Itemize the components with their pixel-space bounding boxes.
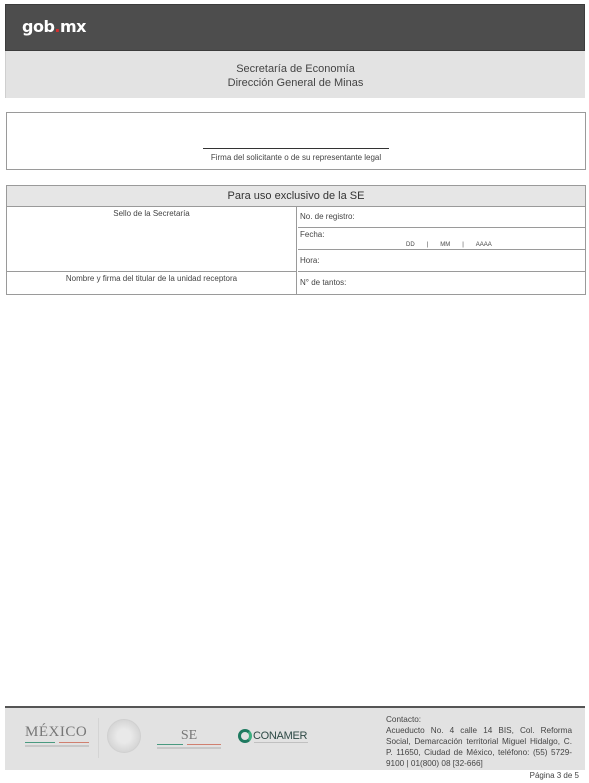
se-right-column: No. de registro: Fecha: DD|MM|AAAA Hora:… [298,207,585,294]
date-month: MM [440,242,450,248]
date-format: DD|MM|AAAA [400,242,501,250]
se-use-table: Para uso exclusivo de la SE Sello de la … [6,185,586,295]
gobmx-logo[interactable]: gob.mx [22,17,86,36]
signature-box: Firma del solicitante o de su representa… [6,112,586,170]
contact-title: Contacto: [386,714,572,725]
document-header: Secretaría de Economía Dirección General… [5,51,585,98]
registry-label: No. de registro: [300,212,355,221]
contact-address: Acueducto No. 4 calle 14 BIS, Col. Refor… [386,725,572,769]
contact-info: Contacto: Acueducto No. 4 calle 14 BIS, … [386,714,572,769]
date-day: DD [406,242,415,248]
copies-label: N° de tantos: [300,278,346,287]
time-cell: Hora: [298,250,585,272]
signature-line [203,148,389,149]
department-name: Dirección General de Minas [6,76,585,90]
top-bar: gob.mx [5,4,585,51]
conamer-icon [238,729,252,743]
signature-label: Firma del solicitante o de su representa… [7,153,585,162]
logo-suffix: mx [60,17,86,36]
date-sep-1: | [427,242,429,248]
time-label: Hora: [300,256,320,265]
conamer-logo: CONAMER [253,730,307,742]
se-table-title: Para uso exclusivo de la SE [7,186,585,207]
receiver-cell: Nombre y firma del titular de la unidad … [7,272,296,294]
date-label: Fecha: [300,230,324,239]
receiver-label: Nombre y firma del titular de la unidad … [66,274,237,283]
stamp-cell: Sello de la Secretaría [7,207,296,272]
date-cell: Fecha: DD|MM|AAAA [298,228,585,250]
national-seal-icon [107,719,141,753]
copies-cell: N° de tantos: [298,272,585,294]
se-logo-rule [157,744,221,745]
mexico-logo: MÉXICO [25,724,89,741]
mexico-logo-rule [25,742,89,743]
conamer-logo-subtitle [254,742,308,743]
se-left-column: Sello de la Secretaría Nombre y firma de… [7,207,297,294]
date-sep-2: | [462,242,464,248]
mexico-logo-subtitle [25,745,89,747]
se-logo-subtitle [157,747,221,749]
logo-divider [98,718,99,758]
stamp-label: Sello de la Secretaría [113,209,190,218]
date-year: AAAA [476,242,492,248]
ministry-name: Secretaría de Economía [6,62,585,76]
registry-cell: No. de registro: [298,207,585,228]
page-number: Página 3 de 5 [530,771,579,780]
logo-prefix: gob [22,17,54,36]
se-logo: SE [157,728,221,744]
page-footer: MÉXICO SE CONAMER Contacto: Acueducto No… [5,706,585,770]
